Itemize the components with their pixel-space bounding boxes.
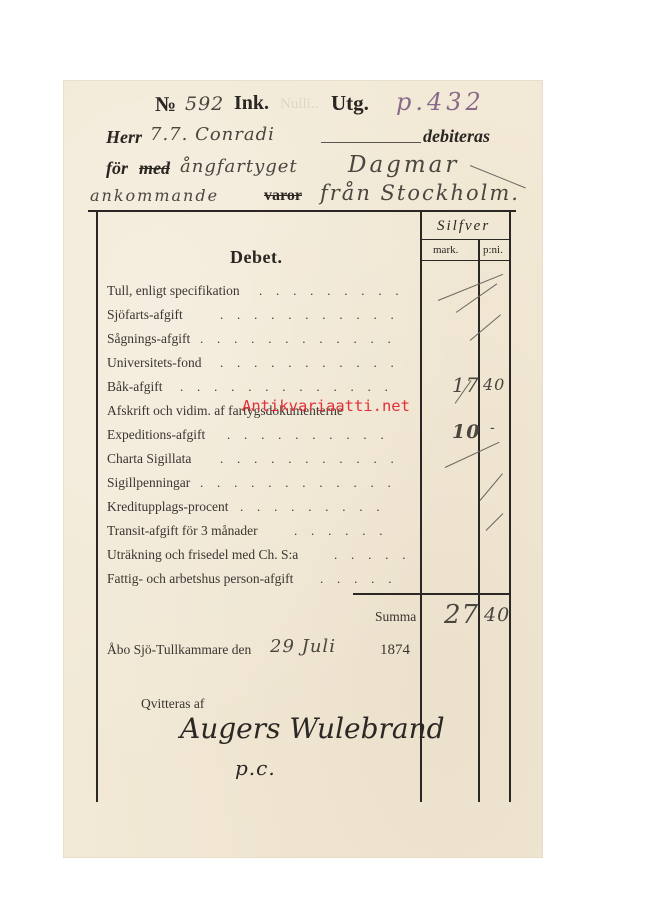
debet-title: Debet.: [230, 247, 282, 268]
arrival-prefix: ankommande: [90, 186, 219, 205]
row-label: Båk-afgift: [107, 379, 162, 395]
issue-year: 1874: [380, 642, 410, 659]
for-label: för: [106, 158, 128, 179]
row-label: Fattig- och arbetshus person-afgift: [107, 571, 293, 587]
vessel-name: Dagmar: [348, 152, 459, 178]
utg-label: Utg.: [331, 91, 369, 116]
row-label: Sjöfarts-afgift: [107, 307, 183, 323]
table-right-border: [509, 212, 511, 802]
row-label: Sågnings-afgift: [107, 331, 190, 347]
customs-office-label: Åbo Sjö-Tullkammare den: [107, 642, 251, 658]
document-number: 592: [185, 93, 224, 115]
pmi-column-border: [478, 239, 480, 802]
summa-rule: [353, 593, 510, 595]
row-label: Kreditupplags-procent: [107, 499, 228, 515]
column-header-rule: [421, 260, 510, 261]
varor-label: varor: [264, 187, 302, 205]
silfver-header-rule: [421, 239, 510, 240]
expedition-mark: 10: [452, 421, 480, 443]
receipt-label: Qvitteras af: [141, 696, 204, 712]
table-top-rule: [88, 210, 516, 212]
debiteras-label: debiteras: [423, 126, 490, 147]
bak-afgift-pmi: 40: [483, 375, 505, 394]
row-label: Sigillpenningar: [107, 475, 190, 491]
total-pmi: 40: [484, 604, 510, 626]
ink-label: Ink.: [234, 92, 269, 115]
table-left-border: [96, 212, 98, 802]
expedition-pmi: -: [490, 420, 496, 436]
origin-port: från Stockholm.: [320, 181, 520, 205]
blank-line: [321, 142, 421, 143]
faded-stamp: Nulli..: [280, 96, 318, 113]
row-label: Tull, enligt specifikation: [107, 283, 240, 299]
issue-date: 29 Juli: [270, 636, 336, 657]
watermark: Antikvariaatti.net: [242, 397, 410, 415]
reference-number: p.432: [396, 88, 485, 116]
column-header-pmi: p:ni.: [483, 244, 503, 256]
signature: Augers Wulebrand: [180, 712, 445, 745]
row-label: Transit-afgift för 3 månader: [107, 523, 258, 539]
debtor-name: 7.7. Conradi: [150, 124, 275, 145]
currency-header: Silfver: [437, 218, 490, 235]
vessel-type: ångfartyget: [180, 156, 298, 177]
herr-label: Herr: [106, 127, 142, 148]
total-mark: 27: [444, 600, 479, 630]
med-label: med: [139, 158, 170, 179]
column-header-mark: mark.: [433, 244, 458, 256]
summa-label: Summa: [375, 609, 416, 625]
row-label: Expeditions-afgift: [107, 427, 205, 443]
number-symbol: №: [155, 92, 176, 117]
row-label: Uträkning och frisedel med Ch. S:a: [107, 547, 298, 563]
row-label: Charta Sigillata: [107, 451, 191, 467]
signature-suffix: p.c.: [235, 756, 276, 780]
row-label: Universitets-fond: [107, 355, 201, 371]
